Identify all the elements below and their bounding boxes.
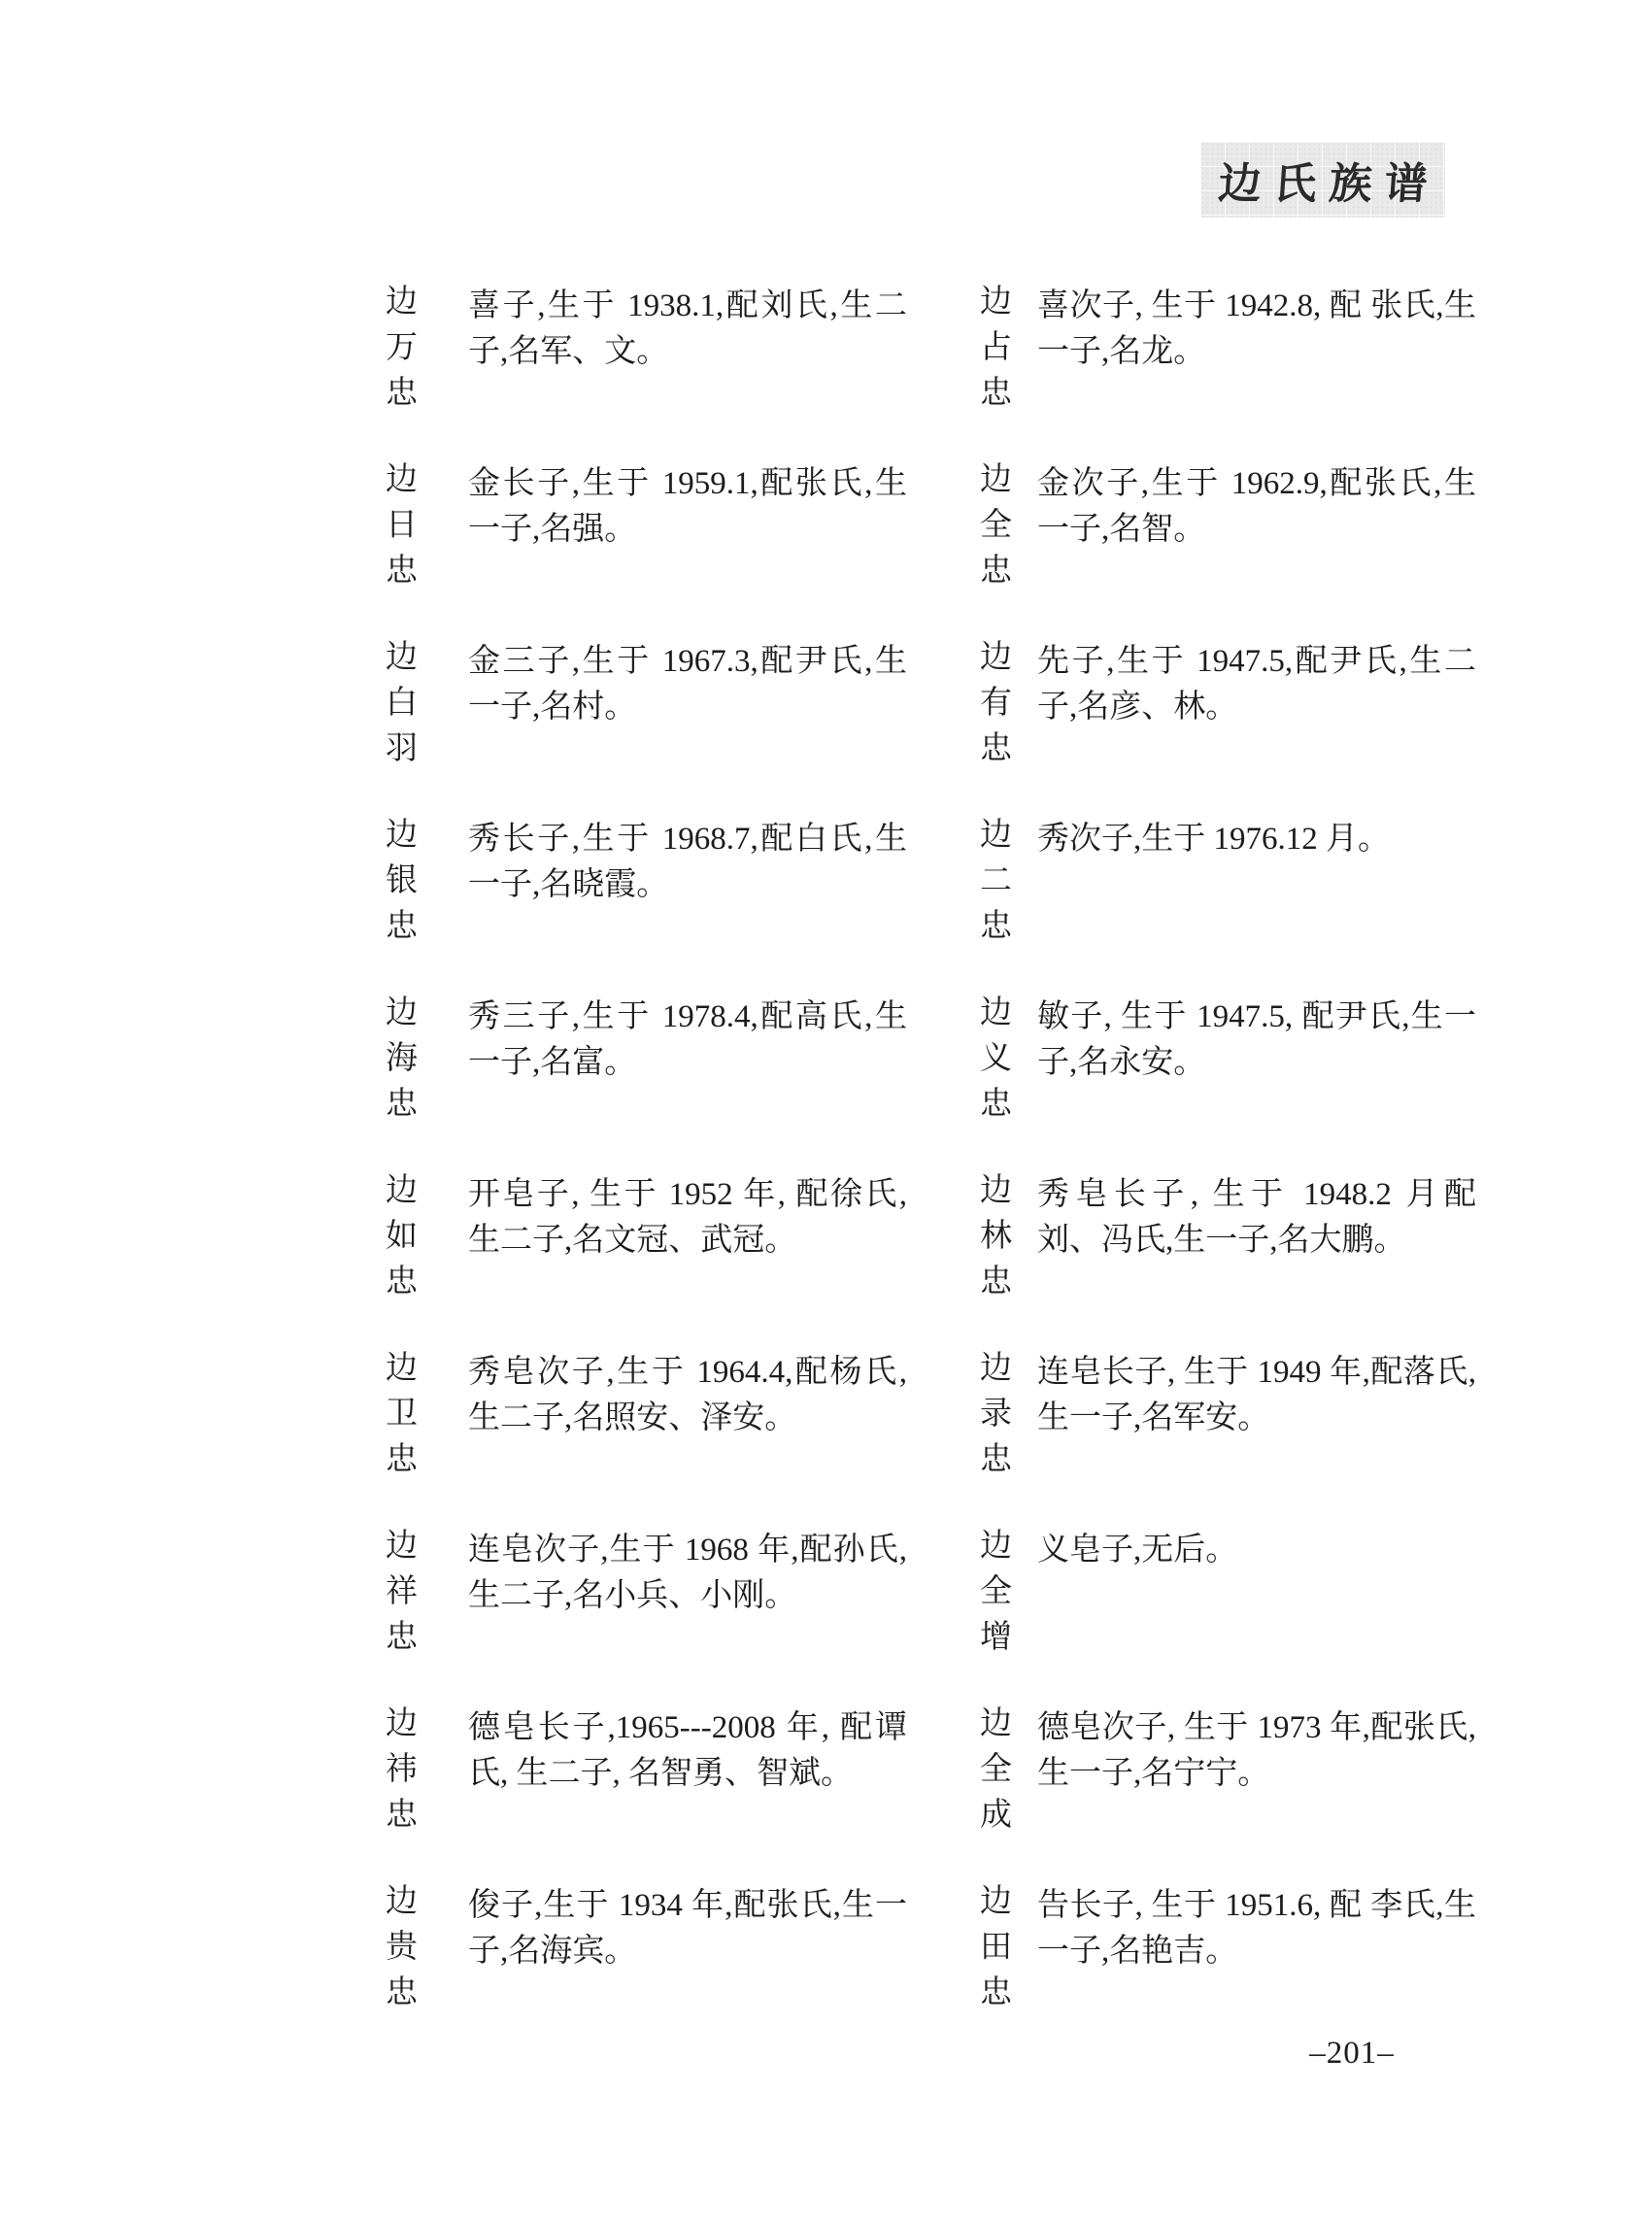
genealogy-entry: 边全增 义皂子,无后。 xyxy=(971,1528,1476,1705)
page-number: –201– xyxy=(1305,2036,1399,2072)
entry-name: 边林忠 xyxy=(971,1172,1014,1309)
entry-name: 边义忠 xyxy=(971,995,1014,1131)
entry-name: 边银忠 xyxy=(377,817,420,954)
entry-name: 边日忠 xyxy=(377,461,420,598)
entry-text: 金三子,生于 1967.3,配尹氏,生一子,名村。 xyxy=(468,639,907,730)
entry-text: 金次子,生于 1962.9,配张氏,生一子,名智。 xyxy=(1037,461,1476,553)
entry-name: 边祎忠 xyxy=(377,1705,420,1842)
entry-text: 开皂子, 生于 1952 年, 配徐氏,生二子,名文冠、武冠。 xyxy=(468,1172,907,1264)
genealogy-entry: 边日忠 金长子,生于 1959.1,配张氏,生一子,名强。 xyxy=(377,461,907,639)
entry-name: 边二忠 xyxy=(971,817,1014,954)
entry-name: 边万忠 xyxy=(377,284,420,421)
genealogy-entry: 边祎忠 德皂长子,1965---2008 年, 配谭氏, 生二子, 名智勇、智斌… xyxy=(377,1705,907,1883)
entry-name: 边田忠 xyxy=(971,1883,1014,2020)
entry-name: 边祥忠 xyxy=(377,1528,420,1665)
entry-text: 喜子,生于 1938.1,配刘氏,生二子,名军、文。 xyxy=(468,284,907,375)
genealogy-entry: 边全成 德皂次子, 生于 1973 年,配张氏,生一子,名宁宁。 xyxy=(971,1705,1476,1883)
entry-name: 边有忠 xyxy=(971,639,1014,776)
entry-text: 告长子, 生于 1951.6, 配 李氏,生一子,名艳吉。 xyxy=(1037,1883,1476,1974)
entry-text: 义皂子,无后。 xyxy=(1037,1528,1476,1573)
genealogy-entry: 边万忠 喜子,生于 1938.1,配刘氏,生二子,名军、文。 xyxy=(377,284,907,461)
entry-text: 秀皂长子, 生于 1948.2 月配刘、冯氏,生一子,名大鹏。 xyxy=(1037,1172,1476,1264)
entry-name: 边录忠 xyxy=(971,1350,1014,1487)
book-title: 边氏族谱 xyxy=(1203,149,1441,211)
genealogy-entry: 边林忠 秀皂长子, 生于 1948.2 月配刘、冯氏,生一子,名大鹏。 xyxy=(971,1172,1476,1350)
genealogy-entry: 边田忠 告长子, 生于 1951.6, 配 李氏,生一子,名艳吉。 xyxy=(971,1883,1476,2061)
entry-text: 秀长子,生于 1968.7,配白氏,生一子,名晓霞。 xyxy=(468,817,907,908)
entry-name: 边贵忠 xyxy=(377,1883,420,2020)
entry-name: 边全忠 xyxy=(971,461,1014,598)
entry-name: 边卫忠 xyxy=(377,1350,420,1487)
entry-name: 边全成 xyxy=(971,1705,1014,1842)
genealogy-entry: 边占忠 喜次子, 生于 1942.8, 配 张氏,生一子,名龙。 xyxy=(971,284,1476,461)
entry-text: 先子,生于 1947.5,配尹氏,生二子,名彦、林。 xyxy=(1037,639,1476,730)
entry-name: 边白羽 xyxy=(377,639,420,776)
entry-text: 德皂次子, 生于 1973 年,配张氏,生一子,名宁宁。 xyxy=(1037,1705,1476,1797)
entry-text: 喜次子, 生于 1942.8, 配 张氏,生一子,名龙。 xyxy=(1037,284,1476,375)
genealogy-entry: 边义忠 敏子, 生于 1947.5, 配尹氏,生一子,名永安。 xyxy=(971,995,1476,1172)
entry-text: 秀次子,生于 1976.12 月。 xyxy=(1037,817,1476,862)
entry-text: 秀皂次子,生于 1964.4,配杨氏,生二子,名照安、泽安。 xyxy=(468,1350,907,1441)
genealogy-entry: 边有忠 先子,生于 1947.5,配尹氏,生二子,名彦、林。 xyxy=(971,639,1476,817)
genealogy-column-right: 边占忠 喜次子, 生于 1942.8, 配 张氏,生一子,名龙。 边全忠 金次子… xyxy=(971,284,1476,2061)
entry-text: 秀三子,生于 1978.4,配高氏,生一子,名富。 xyxy=(468,995,907,1086)
entry-text: 连皂长子, 生于 1949 年,配落氏,生一子,名军安。 xyxy=(1037,1350,1476,1441)
genealogy-entry: 边海忠 秀三子,生于 1978.4,配高氏,生一子,名富。 xyxy=(377,995,907,1172)
header-banner: 边氏族谱 xyxy=(1200,142,1445,218)
genealogy-entry: 边如忠 开皂子, 生于 1952 年, 配徐氏,生二子,名文冠、武冠。 xyxy=(377,1172,907,1350)
entry-name: 边占忠 xyxy=(971,284,1014,421)
genealogy-page: 边氏族谱 边万忠 喜子,生于 1938.1,配刘氏,生二子,名军、文。 边日忠 … xyxy=(0,0,1652,2226)
entry-text: 连皂次子,生于 1968 年,配孙氏,生二子,名小兵、小刚。 xyxy=(468,1528,907,1619)
genealogy-entry: 边全忠 金次子,生于 1962.9,配张氏,生一子,名智。 xyxy=(971,461,1476,639)
genealogy-column-left: 边万忠 喜子,生于 1938.1,配刘氏,生二子,名军、文。 边日忠 金长子,生… xyxy=(377,284,907,2061)
genealogy-entry: 边二忠 秀次子,生于 1976.12 月。 xyxy=(971,817,1476,995)
entry-text: 敏子, 生于 1947.5, 配尹氏,生一子,名永安。 xyxy=(1037,995,1476,1086)
genealogy-entry: 边贵忠 俊子,生于 1934 年,配张氏,生一子,名海宾。 xyxy=(377,1883,907,2061)
genealogy-entry: 边录忠 连皂长子, 生于 1949 年,配落氏,生一子,名军安。 xyxy=(971,1350,1476,1528)
genealogy-entry: 边卫忠 秀皂次子,生于 1964.4,配杨氏,生二子,名照安、泽安。 xyxy=(377,1350,907,1528)
entry-name: 边如忠 xyxy=(377,1172,420,1309)
genealogy-entry: 边银忠 秀长子,生于 1968.7,配白氏,生一子,名晓霞。 xyxy=(377,817,907,995)
entry-text: 俊子,生于 1934 年,配张氏,生一子,名海宾。 xyxy=(468,1883,907,1974)
entry-name: 边全增 xyxy=(971,1528,1014,1665)
genealogy-entry: 边祥忠 连皂次子,生于 1968 年,配孙氏,生二子,名小兵、小刚。 xyxy=(377,1528,907,1705)
entry-name: 边海忠 xyxy=(377,995,420,1131)
entry-text: 金长子,生于 1959.1,配张氏,生一子,名强。 xyxy=(468,461,907,553)
entry-text: 德皂长子,1965---2008 年, 配谭氏, 生二子, 名智勇、智斌。 xyxy=(468,1705,907,1797)
genealogy-entry: 边白羽 金三子,生于 1967.3,配尹氏,生一子,名村。 xyxy=(377,639,907,817)
